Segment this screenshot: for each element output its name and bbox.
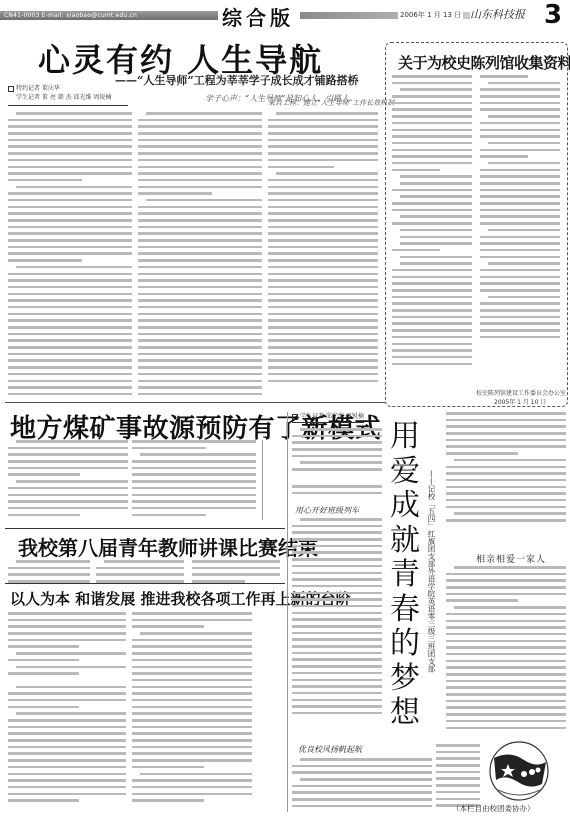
- paper-name: 山东科技报: [470, 6, 525, 22]
- masthead: CN41-0003 E-mail: xiaobao@cumt.edu.cn 综合…: [0, 0, 570, 28]
- people-col-1: [8, 612, 126, 812]
- byline-line-1: 特约记者 董庆华: [16, 85, 60, 92]
- byline-line-2: 学生记者 董 亮 韩 杰 邱光维 周锐楠: [8, 93, 111, 102]
- youth-col-1b: [292, 485, 382, 503]
- youth-col-2b: [446, 566, 566, 741]
- masthead-code: CN41-0003 E-mail: xiaobao@cumt.edu.cn: [4, 11, 137, 20]
- section-title: 综合版: [218, 2, 298, 31]
- column-rule: [287, 412, 288, 812]
- red-flag-branch-logo-icon: [480, 740, 558, 802]
- youth-vertical-title: 用 爱 成 就 青 春 的 梦 想: [385, 420, 425, 731]
- youth-minihead-3: 相亲相爱一家人: [476, 552, 546, 565]
- youth-byline-text: 学生记者 邱光维 周锐楠: [300, 413, 364, 420]
- teachers-headline: 我校第八届青年教师讲课比赛结束: [18, 532, 318, 561]
- title-char: 梦: [385, 662, 425, 697]
- notice-signature: 校史陈列馆建设工作委员会办公室: [476, 388, 566, 397]
- youth-col-1c: [292, 518, 382, 728]
- main-byline: 特约记者 董庆华 学生记者 董 亮 韩 杰 邱光维 周锐楠: [8, 84, 111, 102]
- coal-col-2: [132, 440, 256, 525]
- title-char: 的: [385, 627, 425, 662]
- youth-col-1d: [292, 758, 432, 814]
- youth-col-2a: [446, 412, 566, 530]
- page-number: 3: [544, 0, 562, 30]
- title-char: 就: [385, 524, 425, 559]
- main-article-col-3: [268, 112, 378, 397]
- title-char: 成: [385, 489, 425, 524]
- title-char: 春: [385, 593, 425, 628]
- issue-date: 2006年 1 月 13 日: [398, 10, 463, 20]
- section-divider: [5, 402, 385, 403]
- youth-minihead-1: 用心开好班级列车: [295, 505, 359, 516]
- youth-minihead-2: 优良校风扬帆起航: [298, 744, 362, 755]
- title-char: 想: [385, 696, 425, 731]
- section-divider: [5, 583, 285, 584]
- byline-box-icon: [292, 414, 298, 420]
- notice-col-1: [392, 75, 472, 367]
- youth-subtitle: ——记校「五四」红旗团支部外语学院英语零三级三班团支部: [425, 470, 435, 673]
- section-divider: [5, 528, 285, 529]
- byline-rule: [8, 105, 128, 106]
- people-col-2: [132, 612, 252, 812]
- column-rule: [262, 440, 263, 520]
- youth-byline: 学生记者 邱光维 周锐楠: [292, 412, 364, 421]
- youth-col-2c: [436, 744, 480, 812]
- column-caption: （本栏目由校团委协办）: [452, 803, 535, 814]
- notice-title: 关于为校史陈列馆收集资料的通知: [398, 52, 570, 73]
- main-article-col-2: [138, 112, 262, 397]
- notice-signed-date: 2005年 1 月 10 日: [494, 397, 546, 406]
- masthead-strip: CN41-0003 E-mail: xiaobao@cumt.edu.cn: [0, 11, 220, 20]
- notice-col-2: [480, 75, 560, 357]
- byline-box-icon: [8, 86, 14, 92]
- main-section-quote: 来自工程：建立“人生导师”工作长效机制: [268, 98, 394, 108]
- title-char: 用: [385, 420, 425, 455]
- main-subheadline: ——“人生导师”工程为莘莘学子成长成才铺路搭桥: [115, 72, 359, 88]
- main-article-col-1: [8, 112, 132, 397]
- coal-col-1: [8, 440, 128, 525]
- title-char: 青: [385, 558, 425, 593]
- title-char: 爱: [385, 455, 425, 490]
- youth-col-1a: [292, 428, 382, 480]
- byline-rule: [292, 422, 364, 423]
